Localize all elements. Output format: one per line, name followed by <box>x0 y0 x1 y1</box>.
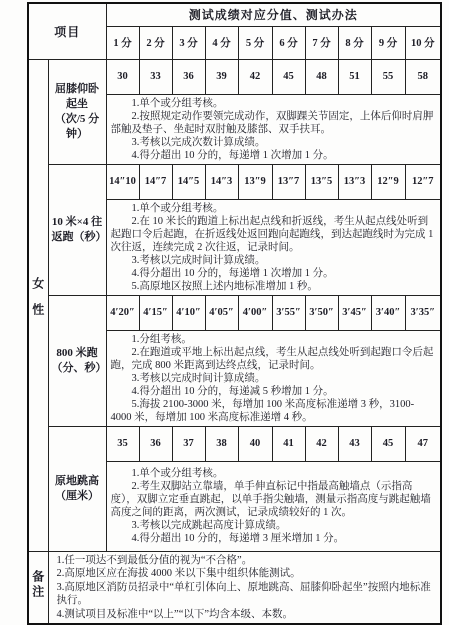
remark-item: 3.高原地区消防员招录中“单杠引体向上、原地跳高、屈膝仰卧起坐”按照内地标准执行… <box>57 581 436 608</box>
test-name-situp: 屈膝仰卧起坐（次/5 分钟） <box>48 59 106 164</box>
score-col-header-3: 3 分 <box>172 26 205 59</box>
value-cell: 3′35″ <box>405 295 441 330</box>
value-cell: 37 <box>172 426 205 461</box>
value-cell: 42 <box>305 426 338 461</box>
remarks-label-cell: 备注 <box>28 551 48 624</box>
jump-values-row: 原地跳高（厘米） 35 36 37 38 40 41 42 43 45 47 <box>28 426 441 461</box>
value-cell: 3′40″ <box>371 295 405 330</box>
value-cell: 13″5 <box>305 164 338 199</box>
remarks-label: 备注 <box>30 570 47 600</box>
value-cell: 43 <box>338 426 371 461</box>
method-item: 2.在跑道或平地上标出起点线，考生从起点线处听到起跑口令后起跑，完成 800 米… <box>111 346 436 372</box>
method-item: 3.考核以完成时间计算成绩。 <box>111 254 436 267</box>
fitness-test-standards-table: 项目 测试成绩对应分值、测试办法 1 分 2 分 3 分 4 分 5 分 6 分… <box>27 2 442 625</box>
value-cell: 38 <box>205 426 238 461</box>
value-cell: 33 <box>139 59 172 94</box>
value-cell: 12″9 <box>371 164 405 199</box>
method-item: 1.单个或分组考核。 <box>111 97 436 110</box>
value-cell: 30 <box>106 59 139 94</box>
value-cell: 51 <box>338 59 371 94</box>
method-item: 3.考核以完成跳起高度计算成绩。 <box>111 519 436 532</box>
value-cell: 36 <box>172 59 205 94</box>
value-cell: 39 <box>205 59 238 94</box>
remark-item: 2.高原地区应在海拔 4000 米以下集中组织体能测试。 <box>57 567 436 581</box>
method-item: 1.单个或分组考核。 <box>111 467 436 480</box>
header-row-1: 项目 测试成绩对应分值、测试办法 <box>28 3 441 26</box>
value-cell: 13″9 <box>238 164 272 199</box>
value-cell: 14″5 <box>172 164 205 199</box>
value-cell: 42 <box>238 59 272 94</box>
remark-item: 4.测试项目及标准中“以上”“以下”均含本级、本数。 <box>57 608 436 622</box>
shuttle-methods-cell: 1.单个或分组考核。 2.在 10 米长的跑道上标出起点线和折返线，考生从起点线… <box>106 199 441 295</box>
value-cell: 40 <box>238 426 272 461</box>
method-item: 4.得分超出 10 分的，每递增 1 次增加 1 分。 <box>111 149 436 162</box>
method-item: 2.考生双脚站立靠墙，单手伸直标记中指最高触墙点（示指高度），双脚立定垂直跳起，… <box>111 480 436 519</box>
remark-item: 1.任一项达不到最低分值的视为“不合格”。 <box>57 554 436 568</box>
score-col-header-9: 9 分 <box>371 26 405 59</box>
remarks-content-cell: 1.任一项达不到最低分值的视为“不合格”。 2.高原地区应在海拔 4000 米以… <box>48 551 441 624</box>
score-col-header-10: 10 分 <box>405 26 441 59</box>
value-cell: 45 <box>371 426 405 461</box>
test-name-shuttle: 10 米×4 往返跑（秒） <box>48 164 106 295</box>
value-cell: 58 <box>405 59 441 94</box>
test-name-800m: 800 米跑（分、秒） <box>48 295 106 426</box>
method-item: 3.考核以完成次数计算成绩。 <box>111 136 436 149</box>
score-col-header-7: 7 分 <box>305 26 338 59</box>
score-col-header-5: 5 分 <box>238 26 272 59</box>
value-cell: 4′10″ <box>172 295 205 330</box>
situp-values-row: 女性 屈膝仰卧起坐（次/5 分钟） 30 33 36 39 42 45 48 5… <box>28 59 441 94</box>
value-cell: 36 <box>139 426 172 461</box>
shuttle-values-row: 10 米×4 往返跑（秒） 14″10 14″7 14″5 14″3 13″9 … <box>28 164 441 199</box>
run800-values-row: 800 米跑（分、秒） 4′20″ 4′15″ 4′10″ 4′05″ 4′00… <box>28 295 441 330</box>
value-cell: 13″7 <box>272 164 305 199</box>
test-name-jump: 原地跳高（厘米） <box>48 426 106 551</box>
value-cell: 4′00″ <box>238 295 272 330</box>
scanned-document-page: { "header": { "project_label": "项目", "me… <box>0 0 449 605</box>
method-item: 2.在 10 米长的跑道上标出起点线和折返线，考生从起点线处听到起跑口令后起跑，… <box>111 215 436 254</box>
value-cell: 48 <box>305 59 338 94</box>
value-cell: 12″7 <box>405 164 441 199</box>
value-cell: 3′45″ <box>338 295 371 330</box>
gender-label: 女性 <box>30 277 47 329</box>
score-col-header-6: 6 分 <box>272 26 305 59</box>
value-cell: 3′50″ <box>305 295 338 330</box>
method-item: 2.按照规定动作要领完成动作，双脚踝关节固定，上体后仰时肩胛部触及垫子、坐起时双… <box>111 110 436 136</box>
method-item: 1.单个或分组考核。 <box>111 202 436 215</box>
value-cell: 13″3 <box>338 164 371 199</box>
score-col-header-2: 2 分 <box>139 26 172 59</box>
value-cell: 41 <box>272 426 305 461</box>
value-cell: 45 <box>272 59 305 94</box>
value-cell: 4′05″ <box>205 295 238 330</box>
value-cell: 14″10 <box>106 164 139 199</box>
gender-cell: 女性 <box>28 59 48 551</box>
score-col-header-1: 1 分 <box>106 26 139 59</box>
value-cell: 14″7 <box>139 164 172 199</box>
method-item: 4.得分超出 10 分的，每递增 3 厘米增加 1 分。 <box>111 532 436 545</box>
method-item: 5.高原地区按照上述内地标准增加 1 秒。 <box>111 280 436 293</box>
method-item: 3.考核以完成时间计算成绩。 <box>111 372 436 385</box>
remarks-row: 备注 1.任一项达不到最低分值的视为“不合格”。 2.高原地区应在海拔 4000… <box>28 551 441 624</box>
value-cell: 14″3 <box>205 164 238 199</box>
value-cell: 4′20″ <box>106 295 139 330</box>
value-cell: 47 <box>405 426 441 461</box>
method-item: 4.得分超出 10 分的，每递减 5 秒增加 1 分。 <box>111 385 436 398</box>
method-item: 1.分组考核。 <box>111 333 436 346</box>
jump-methods-cell: 1.单个或分组考核。 2.考生双脚站立靠墙，单手伸直标记中指最高触墙点（示指高度… <box>106 461 441 551</box>
situp-methods-cell: 1.单个或分组考核。 2.按照规定动作要领完成动作，双脚踝关节固定，上体后仰时肩… <box>106 94 441 164</box>
project-header-cell: 项目 <box>28 3 106 59</box>
method-item: 5.海拔 2100-3000 米，每增加 100 米高度标准递增 3 秒，310… <box>111 398 436 424</box>
value-cell: 3′55″ <box>272 295 305 330</box>
methods-header-cell: 测试成绩对应分值、测试办法 <box>106 3 441 26</box>
score-col-header-4: 4 分 <box>205 26 238 59</box>
value-cell: 35 <box>106 426 139 461</box>
method-item: 4.得分超出 10 分的，每递增 1 次增加 1 分。 <box>111 267 436 280</box>
run800-methods-cell: 1.分组考核。 2.在跑道或平地上标出起点线，考生从起点线处听到起跑口令后起跑，… <box>106 330 441 426</box>
value-cell: 55 <box>371 59 405 94</box>
score-col-header-8: 8 分 <box>338 26 371 59</box>
value-cell: 4′15″ <box>139 295 172 330</box>
